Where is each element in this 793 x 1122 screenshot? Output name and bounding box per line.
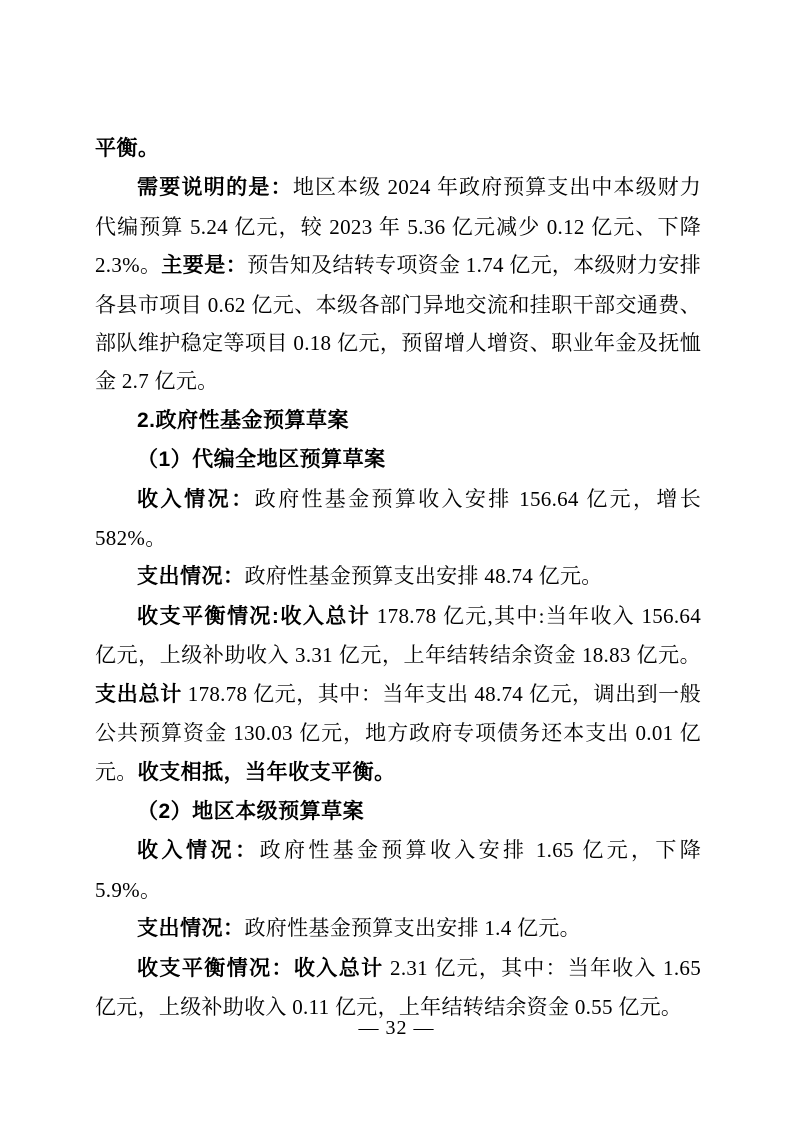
text-run: 政府性基金预算支出安排 1.4 亿元。 xyxy=(245,916,581,940)
para-balance-continuation: 平衡。 xyxy=(95,129,701,168)
para-own-level-income: 收入情况：政府性基金预算收入安排 1.65 亿元，下降 5.9%。 xyxy=(95,831,701,909)
page-number: — 32 — xyxy=(0,1013,793,1043)
bold-label-run: 收入情况： xyxy=(137,488,255,511)
text-run: 平衡。 xyxy=(95,137,160,160)
bold-label-run: 收支相抵，当年收支平衡。 xyxy=(138,761,396,784)
bold-label-run: 收支平衡情况：收入总计 xyxy=(137,957,384,980)
document-page: 平衡。 需要说明的是：地区本级 2024 年政府预算支出中本级财力代编预算 5.… xyxy=(0,0,793,1122)
para-own-level-expenditure: 支出情况：政府性基金预算支出安排 1.4 亿元。 xyxy=(95,909,701,948)
para-regionwide-balance: 收支平衡情况:收入总计 178.78 亿元,其中:当年收入 156.64 亿元，… xyxy=(95,597,701,792)
heading-own-level-budget-draft: （2）地区本级预算草案 xyxy=(95,792,701,831)
bold-label-run: 支出情况： xyxy=(137,917,245,940)
para-regionwide-expenditure: 支出情况：政府性基金预算支出安排 48.74 亿元。 xyxy=(95,557,701,596)
heading-run: （1）代编全地区预算草案 xyxy=(137,448,386,471)
bold-label-run: 需要说明的是： xyxy=(137,176,293,199)
heading-run: 2.政府性基金预算草案 xyxy=(137,409,349,432)
heading-government-fund-budget-draft: 2.政府性基金预算草案 xyxy=(95,401,701,440)
text-run: 政府性基金预算支出安排 48.74 亿元。 xyxy=(245,564,603,588)
bold-label-run: 支出总计 xyxy=(95,683,182,706)
bold-label-run: 支出情况： xyxy=(137,565,245,588)
bold-label-run: 主要是： xyxy=(161,254,247,277)
bold-label-run: 收入情况： xyxy=(137,839,260,862)
bold-label-run: 收支平衡情况:收入总计 xyxy=(137,605,370,628)
para-explanation: 需要说明的是：地区本级 2024 年政府预算支出中本级财力代编预算 5.24 亿… xyxy=(95,168,701,400)
para-regionwide-income: 收入情况：政府性基金预算收入安排 156.64 亿元，增长 582%。 xyxy=(95,480,701,558)
document-body: 平衡。 需要说明的是：地区本级 2024 年政府预算支出中本级财力代编预算 5.… xyxy=(95,129,701,1026)
heading-regionwide-budget-draft: （1）代编全地区预算草案 xyxy=(95,440,701,479)
heading-run: （2）地区本级预算草案 xyxy=(137,800,364,823)
